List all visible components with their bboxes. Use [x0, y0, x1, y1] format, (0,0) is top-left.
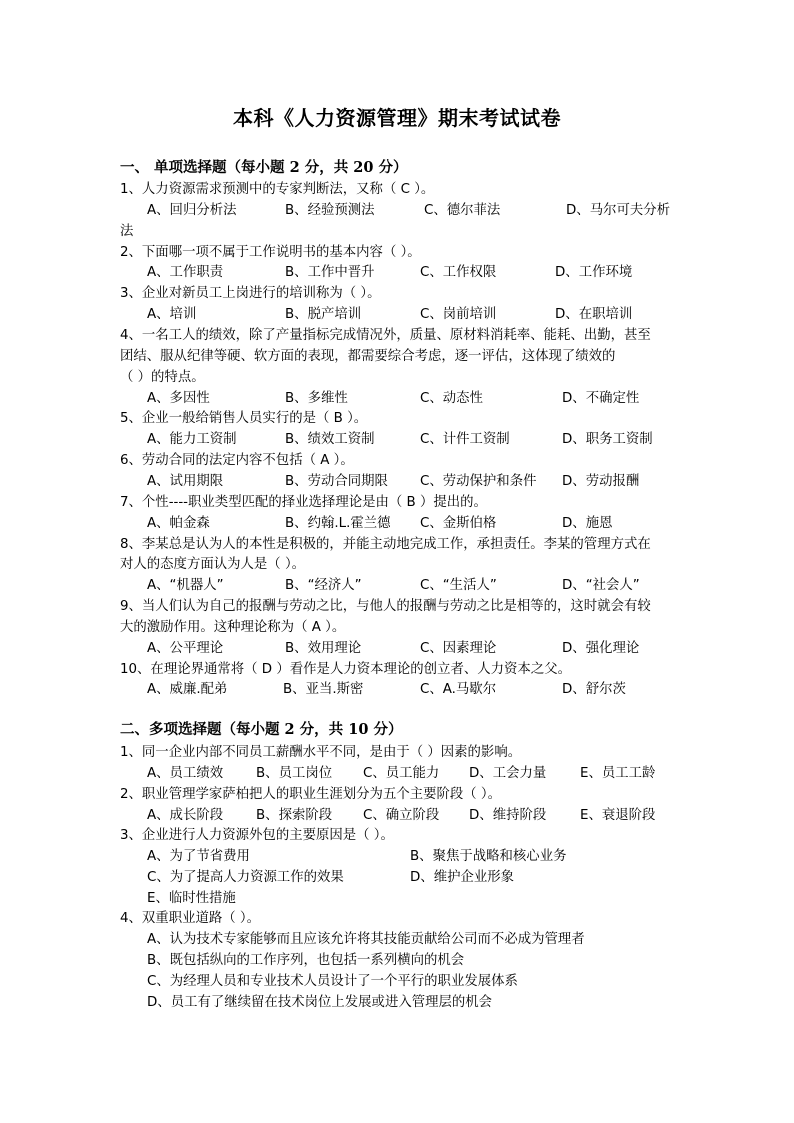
option: C、A.马歇尔 — [420, 679, 496, 700]
option: D、维护企业形象 — [410, 867, 514, 888]
question-stem: 2、职业管理学家萨柏把人的职业生涯划分为五个主要阶段（ ）。 — [120, 784, 501, 805]
option: E、衰退阶段 — [580, 805, 655, 826]
option: B、脱产培训 — [285, 304, 361, 325]
option: C、为经理人员和专业技术人员设计了一个平行的职业发展体系 — [147, 971, 518, 992]
option: B、多维性 — [285, 388, 348, 409]
option: B、员工岗位 — [256, 763, 332, 784]
option: C、工作权限 — [420, 262, 496, 283]
option: E、员工工龄 — [580, 763, 655, 784]
option: D、职务工资制 — [562, 429, 653, 450]
option: B、劳动合同期限 — [285, 471, 388, 492]
option: D、员工有了继续留在技术岗位上发展或进入管理层的机会 — [147, 992, 492, 1013]
option: A、回归分析法 — [147, 200, 237, 221]
question-stem: 4、一名工人的绩效，除了产量指标完成情况外，质量、原材料消耗率、能耗、出勤，甚至 — [120, 325, 651, 346]
option: D、“社会人” — [562, 575, 640, 596]
question-stem-cont: 大的激励作用。这种理论称为（ A ）。 — [120, 617, 345, 638]
option: A、培训 — [147, 304, 196, 325]
option: D、工会力量 — [469, 763, 546, 784]
question-stem-cont: 团结、服从纪律等硬、软方面的表现，都需要综合考虑，逐一评估，这体现了绩效的 — [120, 346, 615, 367]
option: C、德尔菲法 — [424, 200, 500, 221]
option: B、既包括纵向的工作序列，也包括一系列横向的机会 — [147, 950, 464, 971]
question-stem-cont: （ ）的特点。 — [120, 367, 205, 388]
option: C、因素理论 — [420, 638, 496, 659]
option: A、公平理论 — [147, 638, 223, 659]
question-stem-cont: 对人的态度方面认为人是（ ）。 — [120, 554, 305, 575]
option: B、工作中晋升 — [285, 262, 375, 283]
option: C、金斯伯格 — [420, 513, 496, 534]
option: E、临时性措施 — [147, 888, 236, 909]
question-stem: 3、企业对新员工上岗进行的培训称为（ ）。 — [120, 283, 381, 304]
option: B、效用理论 — [285, 638, 361, 659]
option: C、“生活人” — [420, 575, 497, 596]
option: A、工作职责 — [147, 262, 223, 283]
option: C、为了提高人力资源工作的效果 — [147, 867, 344, 888]
question-stem: 3、企业进行人力资源外包的主要原因是（ ）。 — [120, 825, 394, 846]
option: D、马尔可夫分析 — [566, 200, 670, 221]
option-wrap: 法 — [120, 221, 133, 242]
option: C、计件工资制 — [420, 429, 510, 450]
option: A、帕金森 — [147, 513, 210, 534]
option: A、为了节省费用 — [147, 846, 250, 867]
option: B、探索阶段 — [256, 805, 332, 826]
option: A、试用期限 — [147, 471, 223, 492]
option: D、舒尔茨 — [562, 679, 626, 700]
question-stem: 8、李某总是认为人的本性是积极的，并能主动地完成工作，承担责任。李某的管理方式在 — [120, 534, 651, 555]
option: B、“经济人” — [285, 575, 362, 596]
option: A、能力工资制 — [147, 429, 237, 450]
option: A、多因性 — [147, 388, 210, 409]
section-heading-multiple-choice: 二、多项选择题（每小题 2 分，共 10 分） — [120, 719, 402, 740]
option: A、“机器人” — [147, 575, 224, 596]
option: C、劳动保护和条件 — [420, 471, 536, 492]
question-stem: 9、当人们认为自己的报酬与劳动之比，与他人的报酬与劳动之比是相等的，这时就会有较 — [120, 596, 651, 617]
option: B、亚当.斯密 — [283, 679, 363, 700]
option: D、施恩 — [562, 513, 612, 534]
option: D、强化理论 — [562, 638, 639, 659]
option: A、威廉.配弟 — [147, 679, 227, 700]
question-stem: 6、劳动合同的法定内容不包括（ A ）。 — [120, 450, 354, 471]
question-stem: 5、企业一般给销售人员实行的是（ B ）。 — [120, 408, 367, 429]
option: C、员工能力 — [363, 763, 439, 784]
option: A、员工绩效 — [147, 763, 223, 784]
option: C、确立阶段 — [363, 805, 439, 826]
option: D、维持阶段 — [469, 805, 546, 826]
question-stem: 7、个性----职业类型匹配的择业选择理论是由（ B ）提出的。 — [120, 492, 487, 513]
option: D、不确定性 — [562, 388, 639, 409]
question-stem: 4、双重职业道路（ ）。 — [120, 908, 260, 929]
question-stem: 2、下面哪一项不属于工作说明书的基本内容（ ）。 — [120, 242, 421, 263]
page-title: 本科《人力资源管理》期末考试试卷 — [0, 104, 794, 132]
question-stem: 1、同一企业内部不同员工薪酬水平不同，是由于（ ）因素的影响。 — [120, 742, 521, 763]
option: B、经验预测法 — [285, 200, 375, 221]
question-stem: 1、人力资源需求预测中的专家判断法，又称（ C ）。 — [120, 179, 434, 200]
option: A、认为技术专家能够而且应该允许将其技能贡献给公司而不必成为管理者 — [147, 929, 585, 950]
option: C、动态性 — [420, 388, 483, 409]
option: B、聚焦于战略和核心业务 — [410, 846, 566, 867]
option: B、绩效工资制 — [285, 429, 375, 450]
option: D、劳动报酬 — [562, 471, 639, 492]
question-stem: 10、在理论界通常将（ D ）看作是人力资本理论的创立者、人力资本之父。 — [120, 659, 571, 680]
section-heading-single-choice: 一、 单项选择题（每小题 2 分，共 20 分） — [120, 157, 408, 178]
option: D、工作环境 — [555, 262, 632, 283]
option: A、成长阶段 — [147, 805, 223, 826]
option: B、约翰.L.霍兰德 — [285, 513, 391, 534]
option: D、在职培训 — [555, 304, 632, 325]
option: C、岗前培训 — [420, 304, 496, 325]
